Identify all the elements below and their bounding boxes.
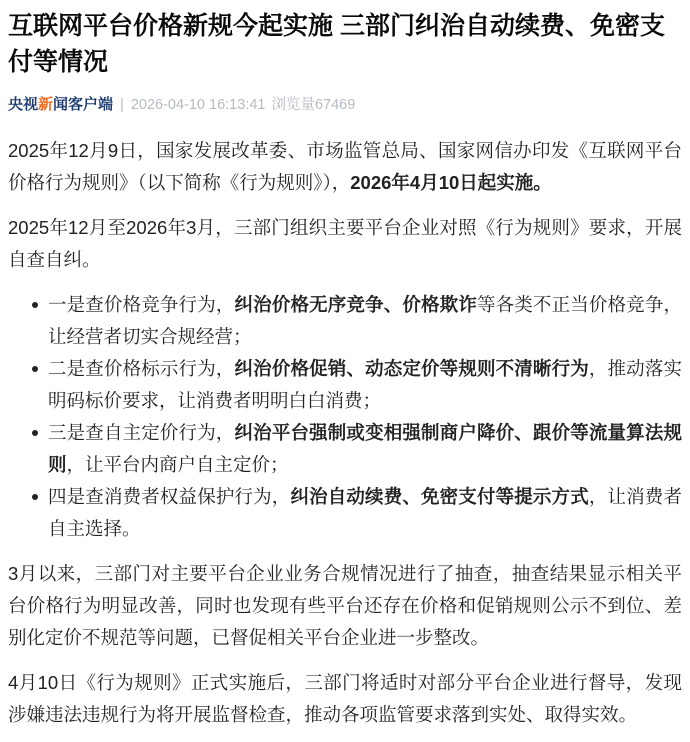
article-paragraph: 3月以来，三部门对主要平台企业业务合规情况进行了抽查，抽查结果显示相关平台价格行…	[8, 558, 682, 654]
key-points-list: 一是查价格竞争行为，纠治价格无序竞争、价格欺诈等各类不正当价格竞争，让经营者切实…	[8, 289, 682, 545]
body-text: 3月以来，三部门对主要平台企业业务合规情况进行了抽查，抽查结果显示相关平台价格行…	[8, 563, 682, 648]
publish-timestamp: 2026-04-10 16:13:41	[131, 95, 266, 115]
emphasis-text: 2026年4月10日起实施。	[350, 172, 552, 193]
body-text: 四是查消费者权益保护行为，	[48, 486, 290, 507]
body-text: 二是查价格标示行为，	[48, 358, 235, 379]
key-point-item: 一是查价格竞争行为，纠治价格无序竞争、价格欺诈等各类不正当价格竞争，让经营者切实…	[8, 289, 682, 353]
article-paragraph: 2025年12月9日，国家发展改革委、市场监管总局、国家网信办印发《互联网平台价…	[8, 135, 682, 199]
article-page: 互联网平台价格新规今起实施 三部门纠治自动续费、免密支付等情况 央视新闻客户端 …	[0, 0, 690, 731]
source-name: 央视新闻客户端	[8, 95, 113, 115]
source-part-client: 闻客户端	[53, 96, 113, 113]
body-text: 2025年12月9日，国家发展改革委、市场监管总局、国家网信办印发《互联网平台价…	[8, 140, 682, 193]
byline-separator: |	[120, 95, 124, 115]
source-part-accent: 新	[38, 96, 53, 113]
source-part-cctv: 央视	[8, 96, 38, 113]
view-count: 浏览量67469	[271, 95, 355, 115]
article-paragraph: 2025年12月至2026年3月，三部门组织主要平台企业对照《行为规则》要求，开…	[8, 212, 682, 276]
body-text: ，让平台内商户自主定价；	[67, 454, 289, 475]
key-point-item: 二是查价格标示行为，纠治价格促销、动态定价等规则不清晰行为，推动落实明码标价要求…	[8, 353, 682, 417]
body-text: 4月10日《行为规则》正式实施后，三部门将适时对部分平台企业进行督导，发现涉嫌违…	[8, 672, 682, 725]
article-content: 2025年12月9日，国家发展改革委、市场监管总局、国家网信办印发《互联网平台价…	[8, 135, 682, 731]
body-text: 一是查价格竞争行为，	[48, 294, 235, 315]
body-text: 三是查自主定价行为，	[48, 422, 235, 443]
body-text: 2025年12月至2026年3月，三部门组织主要平台企业对照《行为规则》要求，开…	[8, 217, 682, 270]
emphasis-text: 纠治自动续费、免密支付等提示方式	[290, 486, 588, 507]
emphasis-text: 纠治价格无序竞争、价格欺诈	[235, 294, 477, 315]
article-paragraph: 4月10日《行为规则》正式实施后，三部门将适时对部分平台企业进行督导，发现涉嫌违…	[8, 667, 682, 731]
key-point-item: 三是查自主定价行为，纠治平台强制或变相强制商户降价、跟价等流量算法规则，让平台内…	[8, 417, 682, 481]
key-point-item: 四是查消费者权益保护行为，纠治自动续费、免密支付等提示方式，让消费者自主选择。	[8, 481, 682, 545]
article-title: 互联网平台价格新规今起实施 三部门纠治自动续费、免密支付等情况	[8, 8, 682, 80]
emphasis-text: 纠治价格促销、动态定价等规则不清晰行为	[235, 358, 589, 379]
article-byline: 央视新闻客户端 | 2026-04-10 16:13:41 浏览量67469	[8, 95, 682, 115]
